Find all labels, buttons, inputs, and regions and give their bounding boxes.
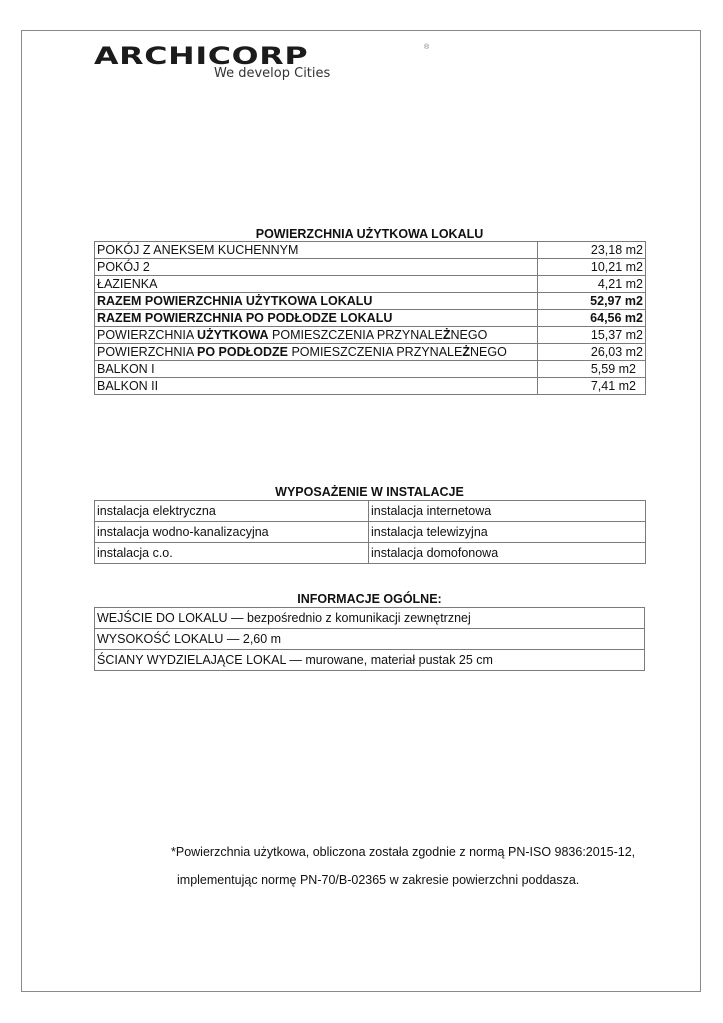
label-part: NEGO	[451, 328, 488, 342]
area-row-label: POKÓJ Z ANEKSEM KUCHENNYM	[95, 242, 538, 259]
area-row: BALKON I5,59 m2	[95, 361, 646, 378]
label-part: Ż	[443, 328, 451, 342]
area-row: POWIERZCHNIA UŻYTKOWA POMIESZCZENIA PRZY…	[95, 327, 646, 344]
area-row-label: BALKON II	[95, 378, 538, 395]
area-row-value: 26,03 m2	[538, 344, 646, 361]
area-row-value: 15,37 m2	[538, 327, 646, 344]
area-row: RAZEM POWIERZCHNIA PO PODŁODZE LOKALU64,…	[95, 310, 646, 327]
label-part: POKÓJ Z ANEKSEM KUCHENNYM	[97, 243, 298, 257]
label-part: POMIESZCZENIA PRZYNALE	[288, 345, 462, 359]
label-part: UŻYTKOWA	[197, 328, 269, 342]
footnote-line-2: implementując normę PN-70/B-02365 w zakr…	[177, 873, 579, 887]
equipment-item: instalacja elektryczna	[95, 501, 369, 522]
equipment-row: instalacja c.o.instalacja domofonowa	[95, 543, 646, 564]
equipment-section-title: WYPOSAŻENIE W INSTALACJE	[94, 485, 645, 499]
label-part: RAZEM POWIERZCHNIA PO PODŁODZE LOKALU	[97, 311, 392, 325]
area-row-label: ŁAZIENKA	[95, 276, 538, 293]
equipment-item: instalacja telewizyjna	[369, 522, 646, 543]
label-part: Ż	[462, 345, 470, 359]
area-row-value: 64,56 m2	[538, 310, 646, 327]
label-part: NEGO	[470, 345, 507, 359]
area-row-label: POWIERZCHNIA PO PODŁODZE POMIESZCZENIA P…	[95, 344, 538, 361]
footnote-line-1: *Powierzchnia użytkowa, obliczona został…	[171, 845, 635, 859]
area-row: POKÓJ 210,21 m2	[95, 259, 646, 276]
equipment-item: instalacja domofonowa	[369, 543, 646, 564]
label-part: POWIERZCHNIA	[97, 328, 197, 342]
label-part: POMIESZCZENIA PRZYNALE	[269, 328, 443, 342]
label-part: POWIERZCHNIA	[97, 345, 197, 359]
equipment-item: instalacja wodno-kanalizacyjna	[95, 522, 369, 543]
label-part: POKÓJ 2	[97, 260, 150, 274]
equipment-item: instalacja internetowa	[369, 501, 646, 522]
info-row: WEJŚCIE DO LOKALU — bezpośrednio z komun…	[95, 608, 645, 629]
equipment-row: instalacja wodno-kanalizacyjnainstalacja…	[95, 522, 646, 543]
label-part: RAZEM POWIERZCHNIA UŻYTKOWA LOKALU	[97, 294, 372, 308]
equipment-item: instalacja c.o.	[95, 543, 369, 564]
area-row-label: BALKON I	[95, 361, 538, 378]
area-row-value: 7,41 m2	[538, 378, 646, 395]
area-row: BALKON II7,41 m2	[95, 378, 646, 395]
area-row-value: 10,21 m2	[538, 259, 646, 276]
area-section-title: POWIERZCHNIA UŻYTKOWA LOKALU	[94, 227, 645, 241]
equipment-row: instalacja elektrycznainstalacja interne…	[95, 501, 646, 522]
area-row-label: RAZEM POWIERZCHNIA PO PODŁODZE LOKALU	[95, 310, 538, 327]
archicorp-logo: ARCHICORP ® We develop Cities	[94, 43, 344, 88]
area-row-label: RAZEM POWIERZCHNIA UŻYTKOWA LOKALU	[95, 293, 538, 310]
area-row-label: POKÓJ 2	[95, 259, 538, 276]
logo-tagline: We develop Cities	[214, 66, 330, 81]
info-item: ŚCIANY WYDZIELAJĄCE LOKAL — murowane, ma…	[95, 650, 645, 671]
area-row-value: 5,59 m2	[538, 361, 646, 378]
info-item: WYSOKOŚĆ LOKALU — 2,60 m	[95, 629, 645, 650]
registered-mark: ®	[424, 44, 429, 51]
area-row: RAZEM POWIERZCHNIA UŻYTKOWA LOKALU52,97 …	[95, 293, 646, 310]
info-row: WYSOKOŚĆ LOKALU — 2,60 m	[95, 629, 645, 650]
label-part: BALKON II	[97, 379, 158, 393]
area-row-value: 4,21 m2	[538, 276, 646, 293]
area-row-label: POWIERZCHNIA UŻYTKOWA POMIESZCZENIA PRZY…	[95, 327, 538, 344]
info-table: WEJŚCIE DO LOKALU — bezpośrednio z komun…	[94, 607, 645, 671]
equipment-table: instalacja elektrycznainstalacja interne…	[94, 500, 646, 564]
area-row: ŁAZIENKA4,21 m2	[95, 276, 646, 293]
area-row: POKÓJ Z ANEKSEM KUCHENNYM23,18 m2	[95, 242, 646, 259]
info-row: ŚCIANY WYDZIELAJĄCE LOKAL — murowane, ma…	[95, 650, 645, 671]
label-part: ŁAZIENKA	[97, 277, 157, 291]
info-section-title: INFORMACJE OGÓLNE:	[94, 592, 645, 606]
info-item: WEJŚCIE DO LOKALU — bezpośrednio z komun…	[95, 608, 645, 629]
area-table: POKÓJ Z ANEKSEM KUCHENNYM23,18 m2POKÓJ 2…	[94, 241, 646, 395]
label-part: PO PODŁODZE	[197, 345, 288, 359]
area-row: POWIERZCHNIA PO PODŁODZE POMIESZCZENIA P…	[95, 344, 646, 361]
area-row-value: 23,18 m2	[538, 242, 646, 259]
label-part: BALKON I	[97, 362, 155, 376]
area-row-value: 52,97 m2	[538, 293, 646, 310]
